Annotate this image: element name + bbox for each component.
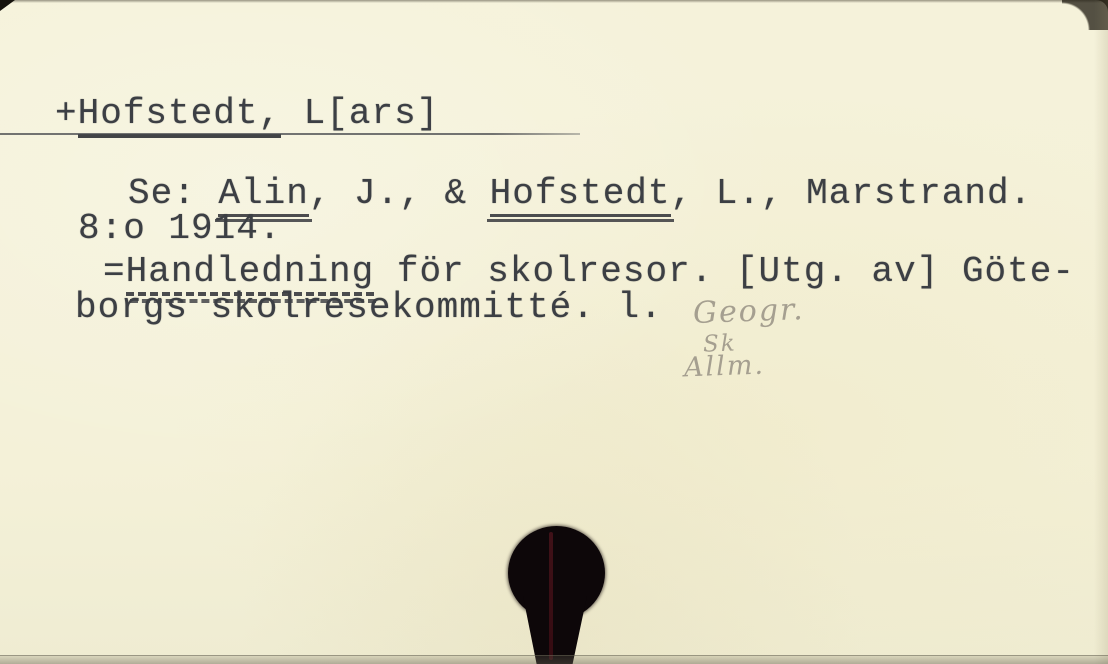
reference-author2: Hofstedt	[490, 174, 671, 217]
right-edge-shadow	[1094, 0, 1108, 664]
heading-rule	[0, 133, 580, 135]
title-rest: för skolresor. [Utg. av] Göte-	[374, 251, 1075, 292]
pencil-annotation-geogr: Geogr.	[692, 292, 805, 331]
top-left-corner-notch	[0, 0, 15, 11]
reference-tail: , L., Marstrand.	[671, 173, 1033, 214]
title-continuation-line: borgs skolresekommitté. l.	[75, 288, 663, 328]
heading-plus-mark: +	[55, 93, 78, 134]
format-year-line: 8:o 1914.	[78, 209, 281, 249]
top-edge-shadow	[0, 0, 1108, 3]
pencil-annotation-allm: Allm.	[683, 350, 765, 384]
scanned-catalog-card: +Hofstedt, L[ars] Se: Alin, J., & Hofste…	[0, 0, 1108, 664]
bottom-edge-shadow	[0, 655, 1108, 664]
heading-forename: L[ars]	[281, 93, 439, 134]
reference-between: , J., &	[309, 173, 490, 214]
heading-line: +Hofstedt, L[ars]	[55, 94, 439, 138]
title-equals-mark: =	[103, 251, 126, 292]
heading-author-name: Hofstedt,	[78, 94, 281, 138]
